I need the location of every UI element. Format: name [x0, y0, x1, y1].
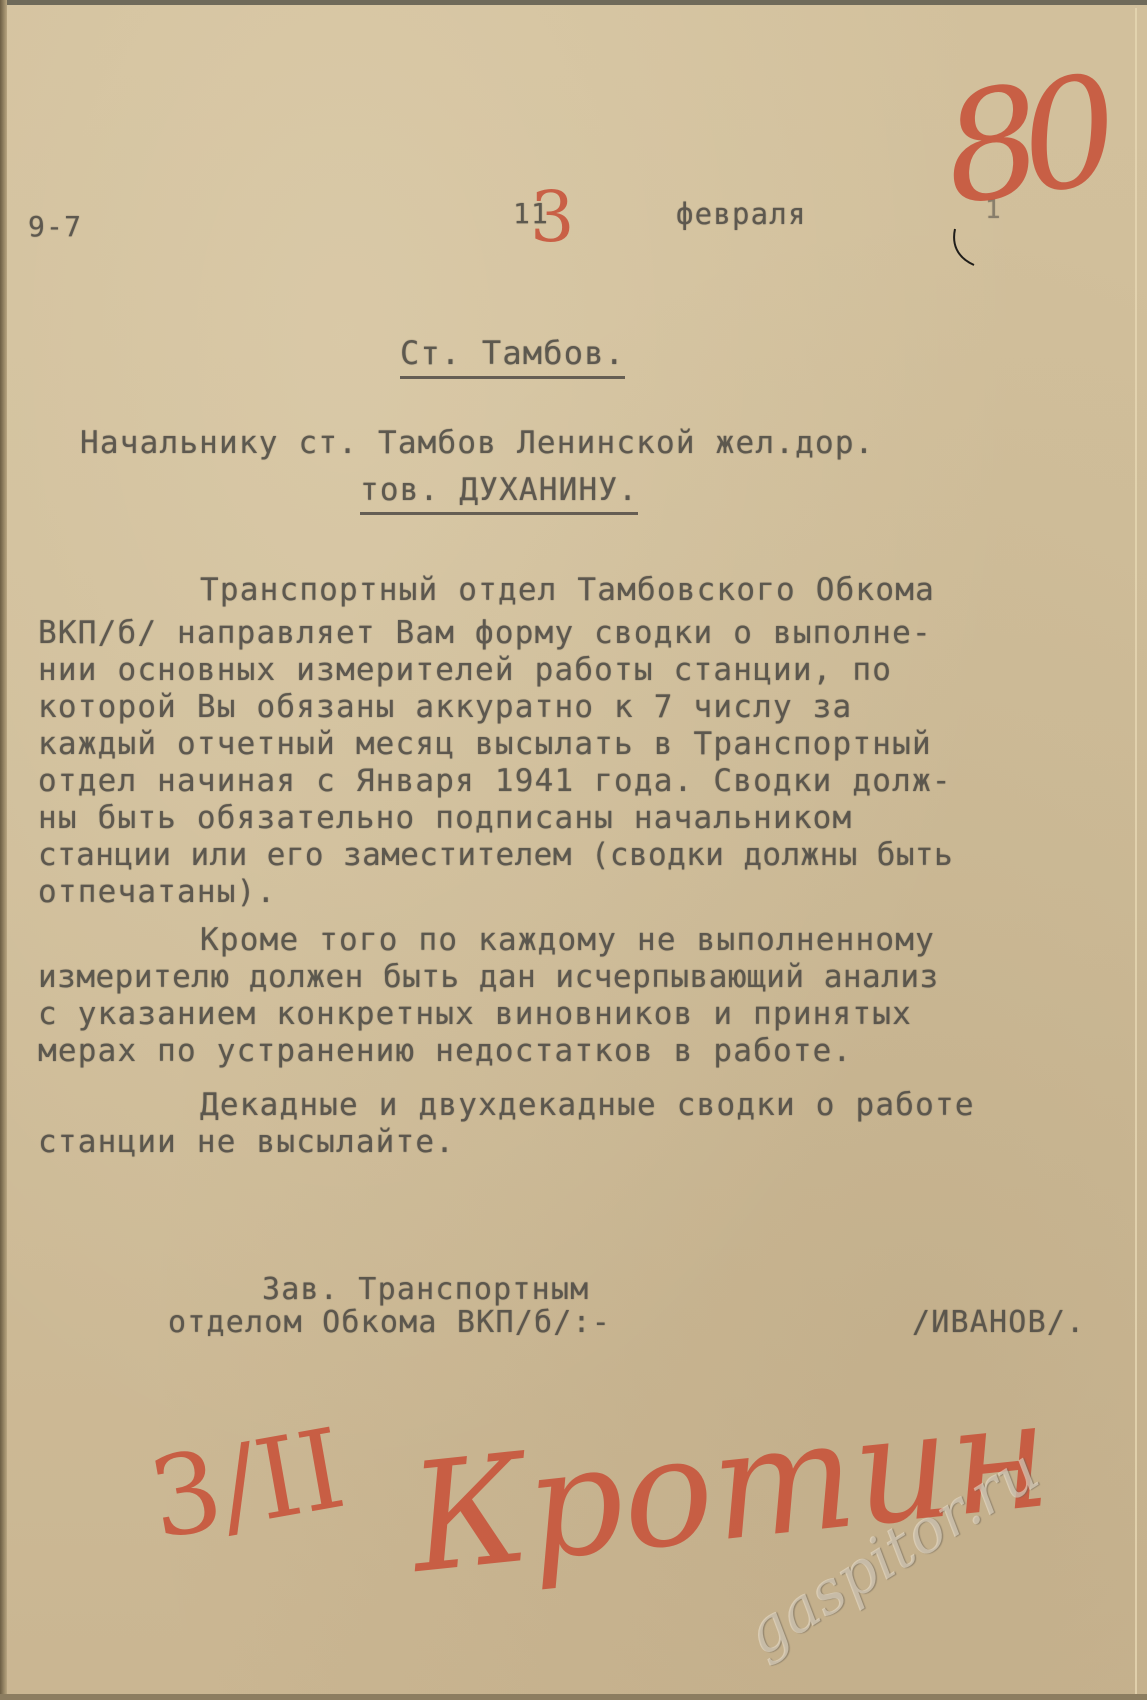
reference-number: 9-7 [28, 210, 82, 243]
handwritten-note-date: 3/II [140, 1404, 353, 1564]
signature-title-line-2: отделом Обкома ВКП/б/:- [168, 1305, 611, 1340]
paragraph-1-line: нии основных измерителей работы станции,… [38, 652, 892, 688]
page-left-edge [0, 0, 7, 1700]
document-page: 9-7 11 3 февраля 1 80 Ст. Тамбов. Началь… [0, 0, 1147, 1700]
paragraph-1-line: отдел начиная с Января 1941 года. Сводки… [38, 763, 952, 799]
station-heading: Ст. Тамбов. [400, 334, 625, 379]
page-bottom-edge [0, 1694, 1147, 1700]
paragraph-2-line: Кроме того по каждому не выполненному [200, 922, 935, 958]
ink-stroke-mark [950, 225, 980, 270]
paragraph-3-line: Декадные и двухдекадные сводки о работе [200, 1087, 975, 1123]
paragraph-1-line: ВКП/б/ направляет Вам форму сводки о вып… [38, 615, 932, 651]
paragraph-2-line: с указанием конкретных виновников и прин… [38, 996, 912, 1032]
signature-name: /ИВАНОВ/. [912, 1305, 1085, 1340]
paragraph-1-line: отпечатаны). [38, 874, 276, 910]
sheet-number-handwritten: 80 [934, 45, 1112, 239]
paragraph-1-line: каждый отчетный месяц высылать в Транспо… [38, 726, 932, 762]
date-day-handwritten: 3 [530, 176, 575, 258]
paragraph-1-line: станции или его заместителем (сводки дол… [38, 837, 953, 873]
paragraph-1-line: Транспортный отдел Тамбовского Обкома [200, 572, 935, 608]
paragraph-1-line: которой Вы обязаны аккуратно к 7 числу з… [38, 689, 852, 725]
addressee-line-1: Начальнику ст. Тамбов Ленинской жел.дор. [80, 425, 875, 461]
signature-title-line-1: Зав. Транспортным [262, 1272, 589, 1307]
paragraph-2-line: измерителю должен быть дан исчерпывающий… [38, 959, 939, 995]
paragraph-3-line: станции не высылайте. [38, 1124, 455, 1160]
addressee-line-2: тов. ДУХАНИНУ. [360, 472, 638, 515]
paragraph-2-line: мерах по устранению недостатков в работе… [38, 1033, 852, 1069]
paragraph-1-line: ны быть обязательно подписаны начальнико… [38, 800, 852, 836]
page-right-fold [1135, 8, 1137, 1698]
date-month: февраля [676, 197, 807, 231]
page-top-edge [0, 0, 1147, 5]
